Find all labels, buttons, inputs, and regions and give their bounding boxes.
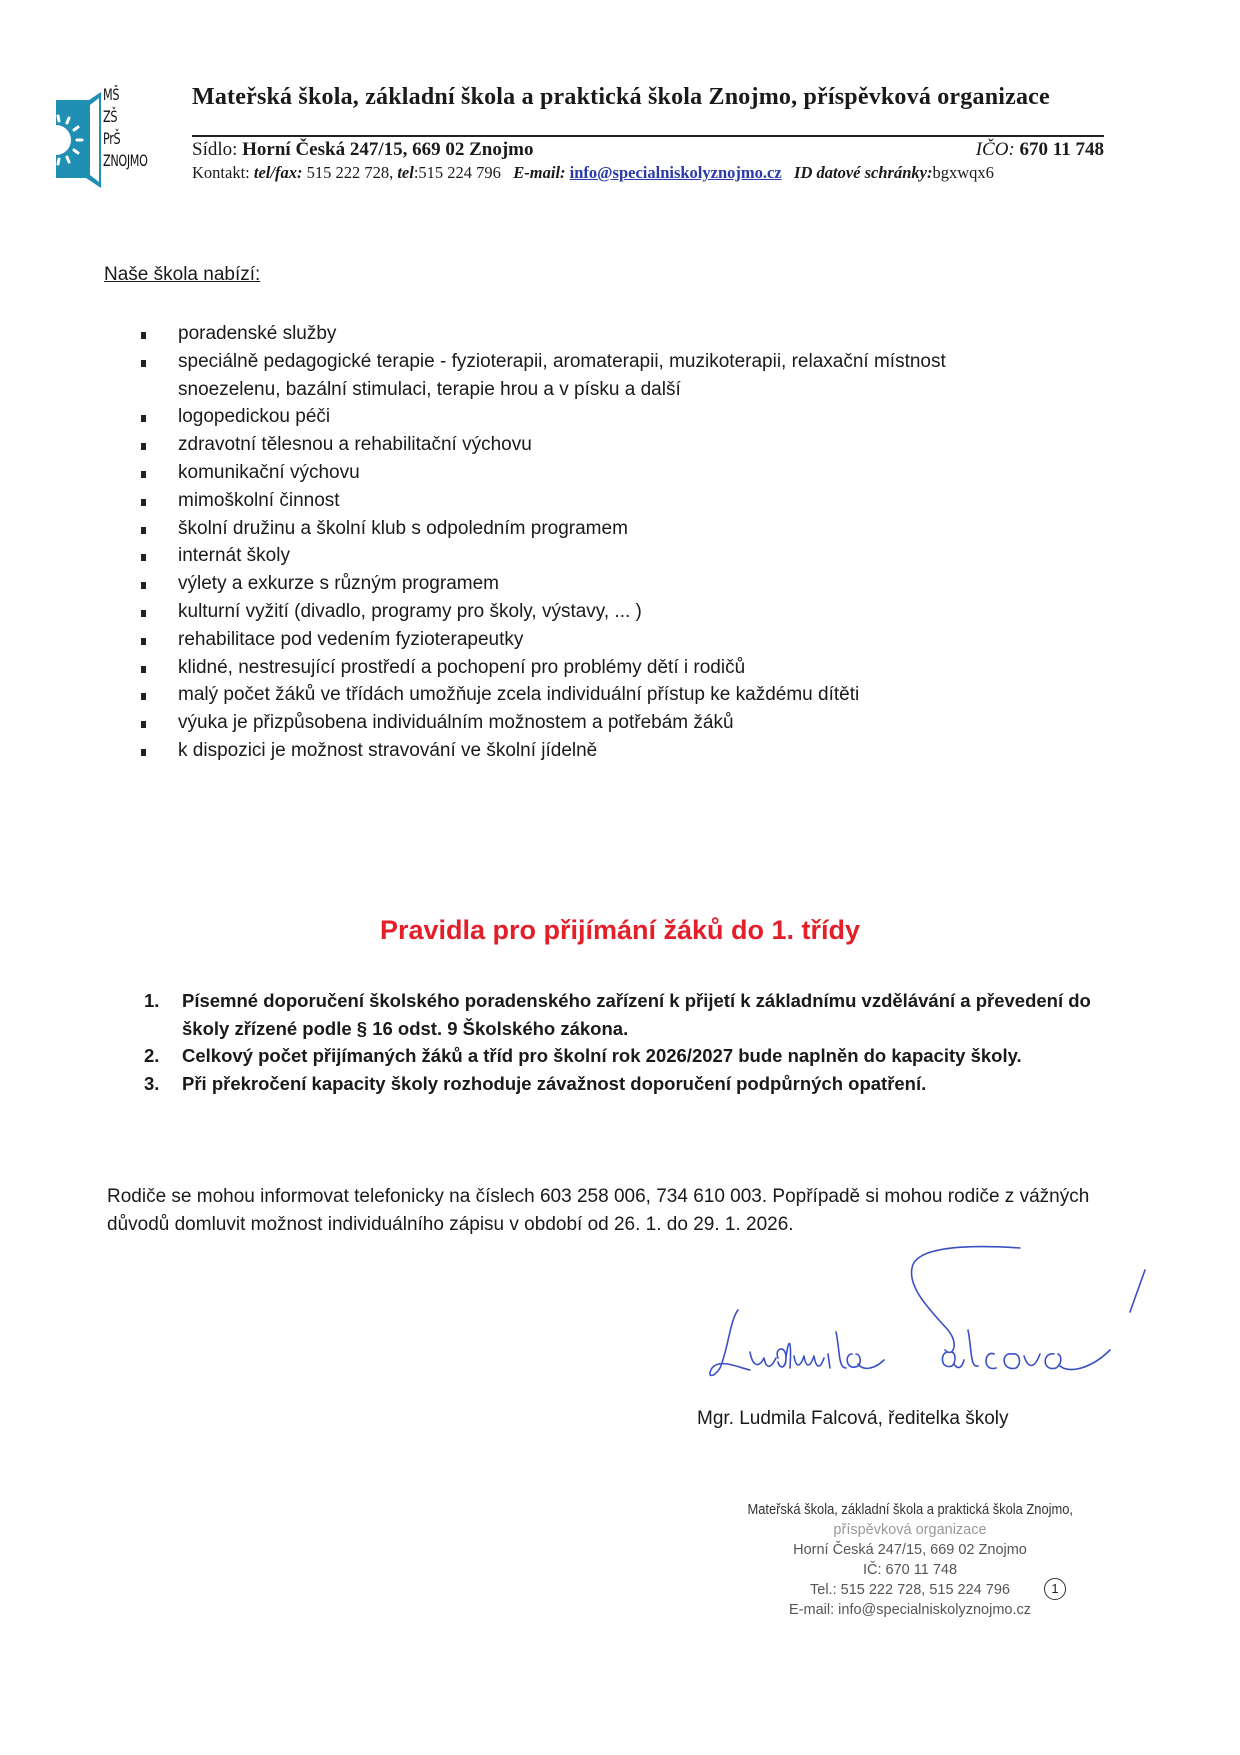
rule-item: 2.Celkový počet přijímaných žáků a tříd …: [144, 1042, 1124, 1070]
list-item: logopedickou péči: [136, 403, 1036, 431]
ico: IČO: 670 11 748: [976, 139, 1104, 161]
list-item: mimoškolní činnost: [136, 487, 1036, 515]
tel-label: tel: [397, 163, 414, 182]
list-item: rehabilitace pod vedením fyzioterapeutky: [136, 626, 1036, 654]
list-item: speciálně pedagogické terapie - fyzioter…: [136, 348, 1036, 404]
contact-line: Kontakt: tel/fax: 515 222 728, tel:515 2…: [192, 163, 1104, 183]
list-item: školní družinu a školní klub s odpolední…: [136, 515, 1036, 543]
offer-heading: Naše škola nabízí:: [104, 264, 260, 286]
handwritten-signature-icon: [690, 1240, 1170, 1400]
databox-label: ID datové schránky:: [794, 163, 932, 182]
bullet-square-icon: [141, 360, 146, 367]
bullet-square-icon: [141, 499, 146, 506]
stamp-line-1: Mateřská škola, základní škola a praktic…: [747, 1500, 1073, 1520]
list-item: internát školy: [136, 542, 1036, 570]
logo-text: MŠ ZŠ PrŠ ZNOJMO: [103, 84, 148, 172]
rules-title: Pravidla pro přijímání žáků do 1. třídy: [0, 915, 1240, 946]
list-item: kulturní vyžití (divadlo, programy pro š…: [136, 598, 1036, 626]
email-link[interactable]: info@specialniskolyznojmo.cz: [570, 163, 782, 182]
list-item: zdravotní tělesnou a rehabilitační výcho…: [136, 431, 1036, 459]
bullet-square-icon: [141, 610, 146, 617]
school-stamp: Mateřská škola, základní škola a praktic…: [720, 1500, 1100, 1620]
stamp-line-3: Horní Česká 247/15, 669 02 Znojmo: [720, 1540, 1100, 1560]
bullet-square-icon: [141, 749, 146, 756]
bullet-square-icon: [141, 693, 146, 700]
bullet-square-icon: [141, 554, 146, 561]
list-item: výuka je přizpůsobena individuálním možn…: [136, 709, 1036, 737]
telfax-value: 515 222 728,: [307, 163, 394, 182]
telfax-label: tel/fax:: [254, 163, 303, 182]
bullet-square-icon: [141, 415, 146, 422]
ico-value: 670 11 748: [1020, 139, 1104, 160]
stamp-line-4: IČ: 670 11 748: [720, 1560, 1100, 1580]
rule-item: 3.Při překročení kapacity školy rozhoduj…: [144, 1070, 1124, 1098]
list-item: komunikační výchovu: [136, 459, 1036, 487]
stamp-number-circle: 1: [1044, 1578, 1066, 1600]
bullet-square-icon: [141, 666, 146, 673]
list-item: malý počet žáků ve třídách umožňuje zcel…: [136, 681, 1036, 709]
bullet-square-icon: [141, 332, 146, 339]
email-label: E-mail:: [513, 163, 565, 182]
bullet-square-icon: [141, 638, 146, 645]
stamp-line-6: E-mail: info@specialniskolyznojmo.cz: [720, 1600, 1100, 1620]
bullet-square-icon: [141, 721, 146, 728]
contact-label: Kontakt:: [192, 163, 250, 182]
bullet-square-icon: [141, 582, 146, 589]
rule-item: 1.Písemné doporučení školského poradensk…: [144, 987, 1124, 1042]
ico-label: IČO:: [976, 139, 1015, 160]
tel-value: :515 224 796: [414, 163, 501, 182]
databox-value: bgxwqx6: [932, 163, 993, 182]
bullet-square-icon: [141, 527, 146, 534]
bullet-square-icon: [141, 471, 146, 478]
signer-name: Mgr. Ludmila Falcová, ředitelka školy: [697, 1408, 1009, 1430]
list-item: výlety a exkurze s různým programem: [136, 570, 1036, 598]
seat-label: Sídlo:: [192, 139, 237, 160]
rules-list: 1.Písemné doporučení školského poradensk…: [144, 987, 1124, 1097]
stamp-line-2: příspěvková organizace: [720, 1520, 1100, 1540]
address-line: Sídlo: Horní Česká 247/15, 669 02 Znojmo…: [192, 139, 1104, 161]
info-paragraph: Rodiče se mohou informovat telefonicky n…: [107, 1183, 1117, 1239]
bullet-square-icon: [141, 443, 146, 450]
stamp-line-5: Tel.: 515 222 728, 515 224 796: [720, 1580, 1100, 1600]
list-item: klidné, nestresující prostředí a pochope…: [136, 654, 1036, 682]
organization-name: Mateřská škola, základní škola a praktic…: [192, 84, 1050, 111]
list-item: poradenské služby: [136, 320, 1036, 348]
offer-list: poradenské služby speciálně pedagogické …: [136, 320, 1036, 765]
header-divider: [192, 135, 1104, 137]
seat-value: Horní Česká 247/15, 669 02 Znojmo: [242, 139, 533, 160]
list-item: k dispozici je možnost stravování ve ško…: [136, 737, 1036, 765]
